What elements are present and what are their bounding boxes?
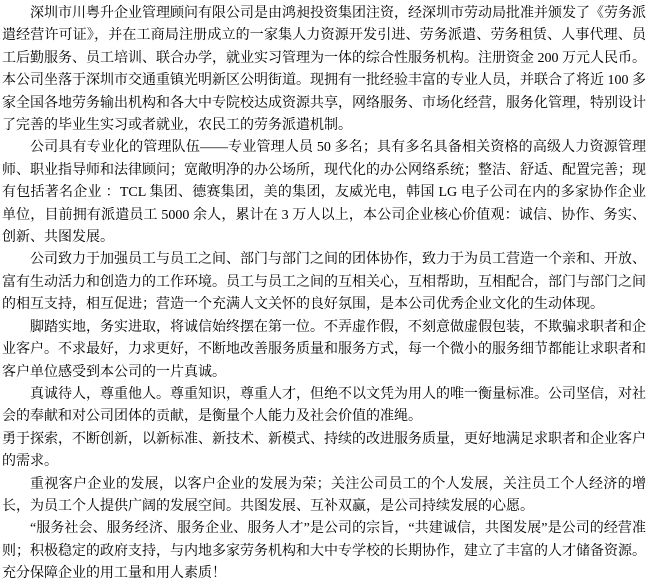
company-profile-document: 深圳市川粤升企业管理顾问有限公司是由鸿昶投资集团注资，经深圳市劳动局批准并颁发了…	[0, 0, 648, 587]
paragraph-company-intro: 深圳市川粤升企业管理顾问有限公司是由鸿昶投资集团注资，经深圳市劳动局批准并颁发了…	[2, 3, 646, 137]
paragraph-client-development: 重视客户企业的发展，以客户企业的发展为荣；关注公司员工的个人发展，关注员工个人经…	[2, 474, 646, 519]
paragraph-mission: “服务社会、服务经济、服务企业、服务人才”是公司的宗旨，“共建诚信，共图发展”是…	[2, 518, 646, 585]
paragraph-integrity: 脚踏实地，务实进取，将诚信始终摆在第一位。不弄虚作假，不刻意做虚假包装，不欺骗求…	[2, 317, 646, 384]
paragraph-innovation: 勇于探索，不断创新，以新标准、新技术、新模式、持续的改进服务质量，更好地满足求职…	[2, 429, 646, 474]
paragraph-management-team: 公司具有专业化的管理队伍——专业管理人员 50 多名；具有多名具备相关资格的高级…	[2, 137, 646, 249]
paragraph-team-culture: 公司致力于加强员工与员工之间、部门与部门之间的团体协作，致力于为员工营造一个亲和…	[2, 249, 646, 316]
paragraph-respect-talent: 真诚待人，尊重他人。尊重知识，尊重人才，但绝不以文凭为用人的唯一衡量标准。公司坚…	[2, 384, 646, 429]
